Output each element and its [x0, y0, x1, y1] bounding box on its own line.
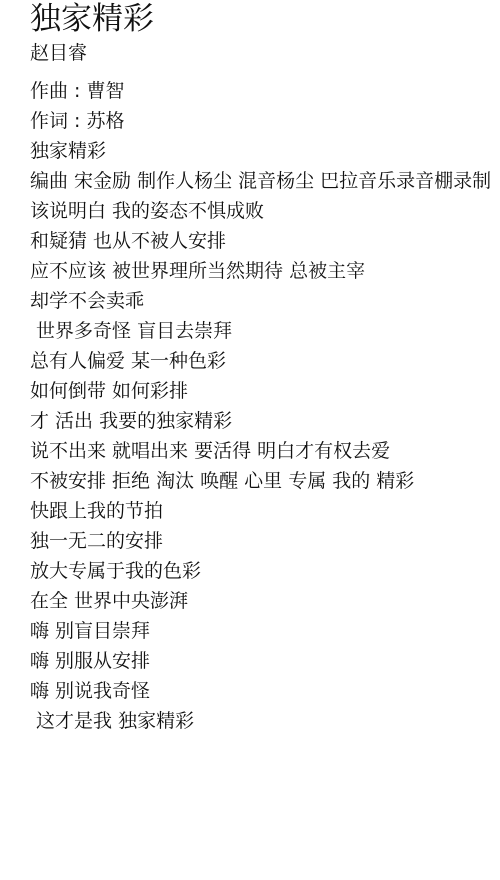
lyric-line: 说不出来 就唱出来 要活得 明白才有权去爱 [30, 436, 500, 466]
lyric-line: 快跟上我的节拍 [30, 496, 500, 526]
lyric-line: 嗨 别说我奇怪 [30, 676, 500, 706]
lyric-line: 才 活出 我要的独家精彩 [30, 406, 500, 436]
lyric-line: 却学不会卖乖 [30, 286, 500, 316]
lyric-line-song-name: 独家精彩 [30, 136, 500, 166]
lyric-line: 这才是我 独家精彩 [30, 706, 500, 736]
lyric-line: 放大专属于我的色彩 [30, 556, 500, 586]
lyric-line: 总有人偏爱 某一种色彩 [30, 346, 500, 376]
lyric-line-composer: 作曲 : 曹智 [30, 76, 500, 106]
lyric-line: 和疑猜 也从不被人安排 [30, 226, 500, 256]
lyric-line: 嗨 别盲目崇拜 [30, 616, 500, 646]
lyric-line: 独一无二的安排 [30, 526, 500, 556]
lyric-line: 嗨 别服从安排 [30, 646, 500, 676]
lyric-line: 如何倒带 如何彩排 [30, 376, 500, 406]
lyrics-body: 作曲 : 曹智 作词 : 苏格 独家精彩 编曲 宋金励 制作人杨尘 混音杨尘 巴… [30, 76, 500, 736]
lyric-line-lyricist: 作词 : 苏格 [30, 106, 500, 136]
lyrics-page: 独家精彩 赵目睿 作曲 : 曹智 作词 : 苏格 独家精彩 编曲 宋金励 制作人… [30, 0, 500, 736]
song-title: 独家精彩 [30, 0, 500, 38]
lyric-line: 该说明白 我的姿态不惧成败 [30, 196, 500, 226]
lyric-line: 在全 世界中央澎湃 [30, 586, 500, 616]
lyric-line-credits: 编曲 宋金励 制作人杨尘 混音杨尘 巴拉音乐录音棚录制 [30, 166, 500, 196]
lyric-line: 不被安排 拒绝 淘汰 唤醒 心里 专属 我的 精彩 [30, 466, 500, 496]
artist-name: 赵目睿 [30, 38, 500, 68]
lyric-line: 世界多奇怪 盲目去崇拜 [30, 316, 500, 346]
lyric-line: 应不应该 被世界理所当然期待 总被主宰 [30, 256, 500, 286]
